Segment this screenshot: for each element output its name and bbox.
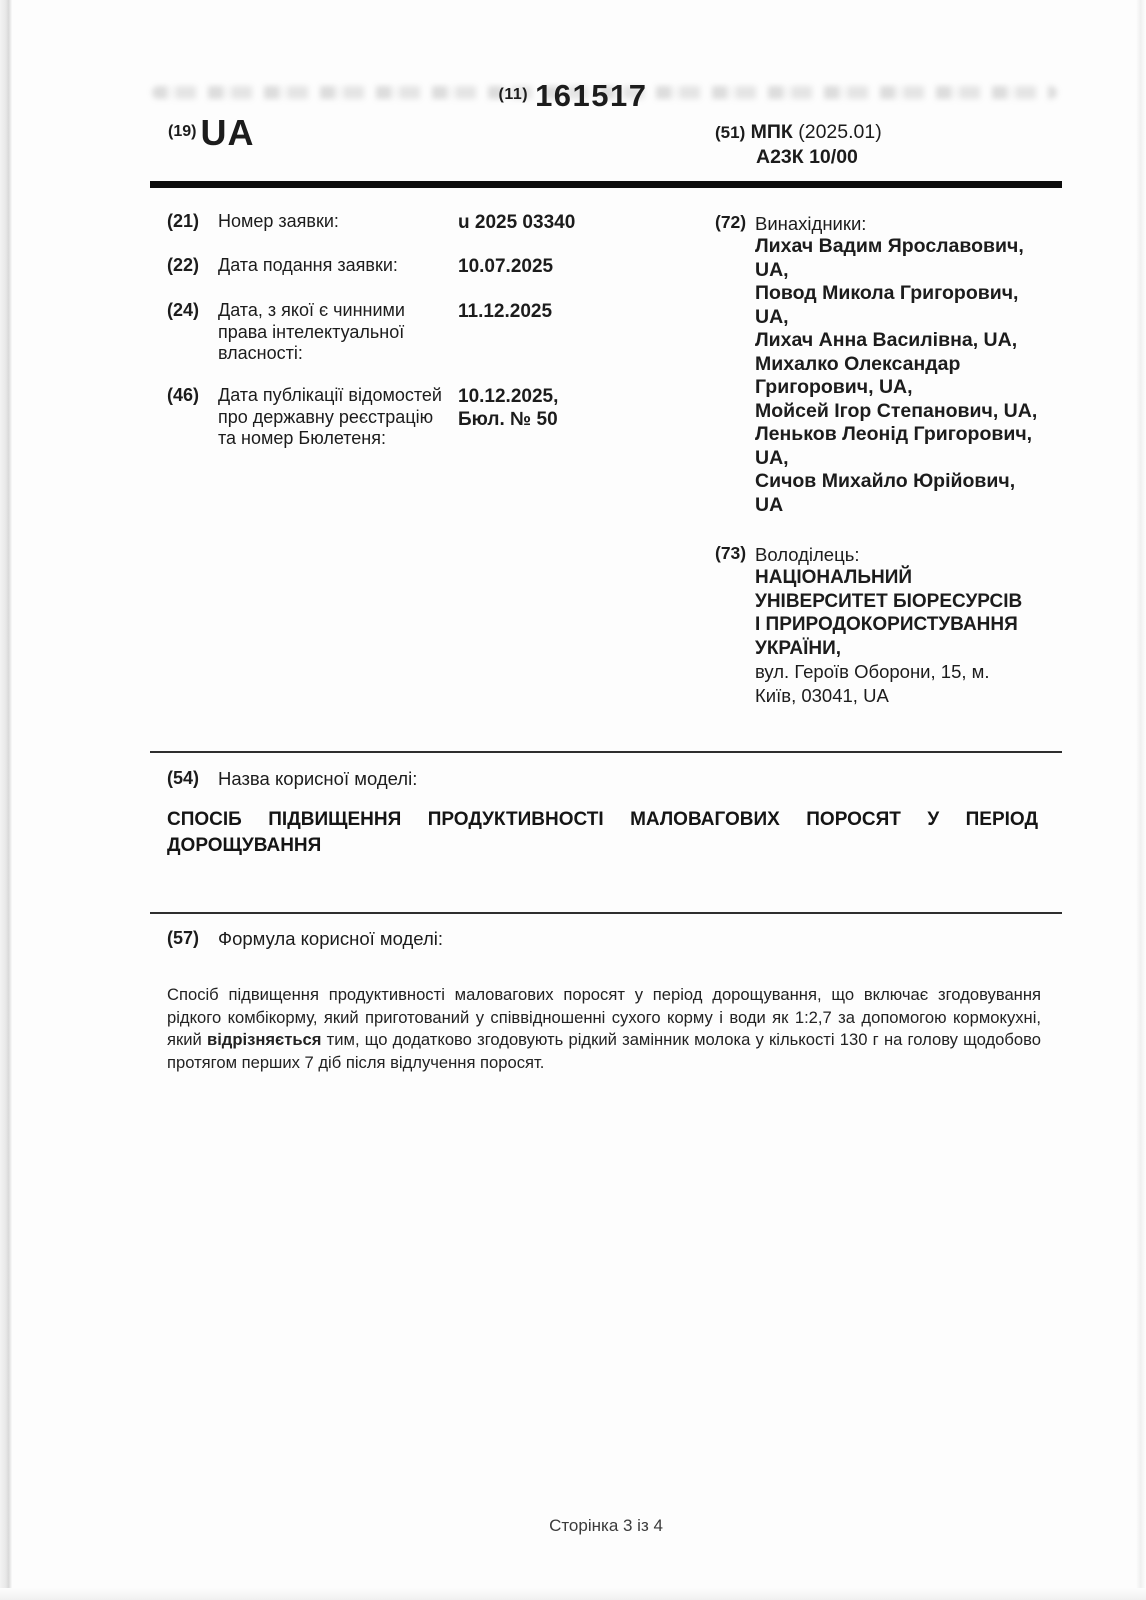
scan-edge-bottom — [0, 1588, 1146, 1600]
inventor-line: Лихач Вадим Ярославович, — [755, 235, 1050, 259]
field-label: Дата подання заявки: — [218, 255, 458, 277]
field-label-line: та номер Бюлетеня: — [218, 428, 458, 450]
inventor-line: UA, — [755, 447, 1050, 471]
ipc-classification: (51) МПК (2025.01) А23К 10/00 — [715, 120, 882, 170]
country-code-label: (19) — [168, 123, 196, 140]
inventor-line: Михалко Олександар — [755, 353, 1050, 377]
scan-edge-right — [1136, 0, 1146, 1600]
field-number: (72) — [715, 212, 755, 233]
section-rule — [150, 751, 1062, 753]
publication-number-code: (11) — [498, 86, 528, 103]
inventor-line: Лихач Анна Василівна, UA, — [755, 329, 1050, 353]
field-72-inventors: (72) Винахідники: Лихач Вадим Ярославови… — [715, 212, 1050, 517]
owner-address-line: Київ, 03041, UA — [755, 684, 1050, 708]
inventor-line: UA, — [755, 306, 1050, 330]
field-number: (21) — [167, 211, 218, 232]
title-line: ДОРОЩУВАННЯ — [167, 833, 1038, 859]
patent-document-page: (11)161517 (19)UA (51) МПК (2025.01) А23… — [0, 0, 1146, 1600]
field-57-claims-heading: (57) Формула корисної моделі: — [167, 928, 867, 950]
claims-text: Спосіб підвищення продуктивності маловаг… — [167, 984, 1041, 1074]
field-label-line: власності: — [218, 343, 458, 365]
field-number: (24) — [167, 300, 218, 321]
inventor-line: UA — [755, 494, 1050, 518]
owner-name-line: УНІВЕРСИТЕТ БІОРЕСУРСІВ — [755, 590, 1050, 614]
scan-edge-left — [0, 0, 12, 1600]
header-rule — [150, 181, 1062, 188]
ipc-edition-year: (2025.01) — [798, 121, 881, 143]
publication-number: (11)161517 — [0, 78, 1146, 114]
claims-text-bold: відрізняється — [207, 1030, 321, 1049]
country-code-block: (19)UA — [168, 112, 254, 154]
inventors-label: Винахідники: — [755, 212, 1050, 235]
field-label-line: про державну реєстрацію — [218, 407, 458, 429]
country-code-value: UA — [200, 112, 254, 153]
field-54-title-heading: (54) Назва корисної моделі: — [167, 768, 867, 790]
field-46-publication-date: (46) Дата публікації відомостей про держ… — [167, 385, 787, 450]
field-number: (73) — [715, 543, 755, 564]
inventor-line: Мойсей Ігор Степанович, UA, — [755, 400, 1050, 424]
publication-number-value: 161517 — [535, 78, 647, 113]
field-number: (54) — [167, 768, 218, 789]
owner-name-line: НАЦІОНАЛЬНИЙ — [755, 566, 1050, 590]
section-rule — [150, 912, 1062, 914]
utility-model-title: СПОСІБ ПІДВИЩЕННЯ ПРОДУКТИВНОСТІ МАЛОВАГ… — [167, 807, 1038, 859]
field-number: (46) — [167, 385, 218, 406]
field-label-line: права інтелектуальної — [218, 322, 458, 344]
inventors-list: Лихач Вадим Ярославович, UA, Повод Микол… — [755, 235, 1050, 517]
page-number: Сторінка 3 із 4 — [150, 1516, 1062, 1536]
inventor-line: Повод Микола Григорович, — [755, 282, 1050, 306]
owner-label: Володілець: — [755, 543, 1050, 566]
inventor-line: Григорович, UA, — [755, 376, 1050, 400]
field-24-rights-effective-date: (24) Дата, з якої є чинними права інтеле… — [167, 300, 787, 365]
field-label-line: Дата публікації відомостей — [218, 385, 458, 407]
claims-section-label: Формула корисної моделі: — [218, 928, 867, 950]
field-label-line: Дата, з якої є чинними — [218, 300, 458, 322]
field-number: (57) — [167, 928, 218, 949]
owner-name-line: І ПРИРОДОКОРИСТУВАННЯ — [755, 613, 1050, 637]
ipc-code: А23К 10/00 — [756, 145, 882, 170]
ipc-field-number: (51) — [715, 123, 745, 142]
inventor-line: Сичов Михайло Юрійович, — [755, 470, 1050, 494]
ipc-line1: (51) МПК (2025.01) — [715, 120, 882, 145]
field-label: Номер заявки: — [218, 211, 458, 233]
inventor-line: UA, — [755, 259, 1050, 283]
title-line: СПОСІБ ПІДВИЩЕННЯ ПРОДУКТИВНОСТІ МАЛОВАГ… — [167, 807, 1038, 833]
field-22-filing-date: (22) Дата подання заявки: 10.07.2025 — [167, 255, 787, 278]
title-section-label: Назва корисної моделі: — [218, 768, 867, 790]
inventor-line: Леньков Леонід Григорович, — [755, 423, 1050, 447]
field-73-owner: (73) Володілець: НАЦІОНАЛЬНИЙ УНІВЕРСИТЕ… — [715, 543, 1050, 707]
ipc-name: МПК — [751, 121, 793, 143]
field-21-application-number: (21) Номер заявки: u 2025 03340 — [167, 211, 787, 234]
field-number: (22) — [167, 255, 218, 276]
owner-name-line: УКРАЇНИ, — [755, 637, 1050, 661]
owner-address-line: вул. Героїв Оборони, 15, м. — [755, 660, 1050, 684]
